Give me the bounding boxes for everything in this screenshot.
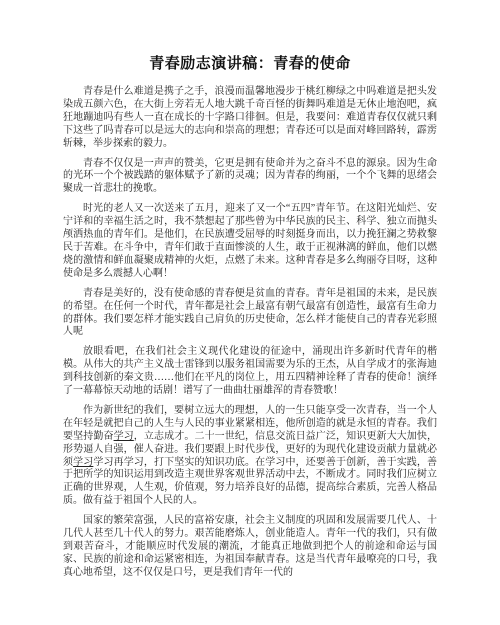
keyword-link[interactable]: 学习 (114, 431, 134, 442)
document-body: 青春是什么难道是携子之手，浪漫而温馨地漫步于桃红柳绿之中吗难道是把头发染成五颜六… (63, 86, 437, 580)
paragraph-text: 青春是美好的，没有使命感的青春便是贫血的青春。青年是祖国的未来，是民族的希望。在… (63, 288, 437, 338)
paragraph: 放眼看吧，在我们社会主义现代化建设的征途中，涌现出许多新时代青年的楷模。从伟大的… (63, 346, 437, 398)
keyword-link[interactable]: 学习 (73, 457, 93, 468)
paragraph-text: 放眼看吧，在我们社会主义现代化建设的征途中，涌现出许多新时代青年的楷模。从伟大的… (63, 346, 437, 396)
paragraph-text: 青春是什么难道是携子之手，浪漫而温馨地漫步于桃红柳绿之中吗难道是把头发染成五颜六… (63, 86, 437, 149)
paragraph: 作为新世纪的我们，要树立远大的理想，人的一生只能享受一次青春，当一个人在年轻是就… (63, 405, 437, 508)
document-page: 青春励志演讲稿：青春的使命 青春是什么难道是携子之手，浪漫而温馨地漫步于桃红柳绿… (0, 0, 500, 625)
paragraph-text: 国家的繁荣富强，人民的富裕安康，社会主义制度的巩固和发展需要几代人、十几代人甚至… (63, 515, 437, 578)
page-title: 青春励志演讲稿：青春的使命 (0, 52, 500, 73)
paragraph: 国家的繁荣富强，人民的富裕安康，社会主义制度的巩固和发展需要几代人、十几代人甚至… (63, 515, 437, 580)
paragraph-text: 青春不仅仅是一声声的赞美，它更是拥有使命并为之奋斗不息的源泉。因为生命的光环一个… (63, 158, 437, 195)
paragraph-text: 时光的老人又一次送来了五月，迎来了又一个“五四”青年节。在这阳光灿烂、安宁详和的… (63, 203, 437, 279)
paragraph: 时光的老人又一次送来了五月，迎来了又一个“五四”青年节。在这阳光灿烂、安宁详和的… (63, 203, 437, 280)
paragraph-text: 学习再学习，打下坚实的知识功底。在学习中，还要善于创新，善于实践，善于把所学的知… (63, 457, 437, 507)
paragraph: 青春是什么难道是携子之手，浪漫而温馨地漫步于桃红柳绿之中吗难道是把头发染成五颜六… (63, 86, 437, 151)
paragraph: 青春不仅仅是一声声的赞美，它更是拥有使命并为之奋斗不息的源泉。因为生命的光环一个… (63, 158, 437, 197)
paragraph: 青春是美好的，没有使命感的青春便是贫血的青春。青年是祖国的未来，是民族的希望。在… (63, 288, 437, 340)
